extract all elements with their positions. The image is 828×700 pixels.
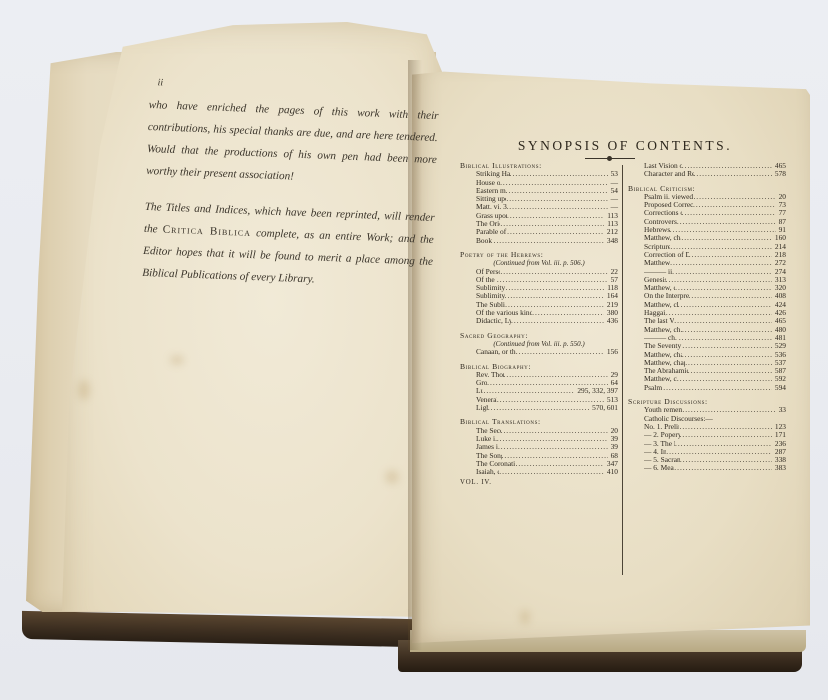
entry-page-number: 570, 601 [589, 404, 618, 412]
entry-title: Last Vision of Daniel, ch. x.—xii. [644, 162, 682, 170]
entry-title: The Abrahamic Covenant, Gal. iii. 15, 20… [644, 367, 688, 375]
contents-left-column: Biblical Illustrations:Striking Hands, P… [460, 162, 618, 488]
toc-entry: Book of Life348 [460, 237, 618, 245]
toc-entry: Parable of the Ten Virgins212 [460, 228, 618, 236]
entry-title: Sublimity of Sentiment [476, 292, 505, 300]
entry-title: Striking Hands, Prov. xi. 21 [476, 170, 510, 178]
dot-leader [488, 404, 589, 412]
dot-leader [677, 218, 776, 226]
toc-entry: No. 1. Preliminary Expositions123 [628, 423, 786, 431]
synopsis-title: SYNOPSIS OF CONTENTS. [510, 138, 740, 154]
entry-title: Luther [476, 387, 483, 395]
dot-leader [688, 367, 772, 375]
toc-entry: The Oriental Dress113 [460, 220, 618, 228]
work-title: Critica Biblica [162, 224, 251, 239]
dot-leader [497, 396, 604, 404]
entry-title: Matthew, chap. xix. 24. and xxi. 8, 14. [644, 359, 685, 367]
toc-entry: Matthew, ch. ix. 23, 30. and x. 23.480 [628, 326, 786, 334]
dot-leader [666, 309, 772, 317]
toc-entry: The Second Psalm20 [460, 427, 618, 435]
toc-entry: — 6. Means of Salvation383 [628, 464, 786, 472]
toc-entry: Matthew chap. iii. iv272 [628, 259, 786, 267]
entry-title: Rev. Thomas Harmer [476, 371, 504, 379]
entry-page-number: 410 [604, 468, 618, 476]
dot-leader [675, 268, 772, 276]
entry-title: Psalm cxxxiii. [644, 384, 663, 392]
toc-entry: Of Personification22 [460, 268, 618, 276]
toc-entry: Matthew, chap. xxvii. 5, 32.592 [628, 375, 786, 383]
entry-page-number [713, 415, 716, 423]
toc-entry: Lightfoot570, 601 [460, 404, 618, 412]
toc-entry: — 2. Popery and Protestantism171 [628, 431, 786, 439]
column-divider [622, 165, 623, 575]
toc-entry: Sublimity of Expression118 [460, 284, 618, 292]
toc-entry: Controversy on 1 John v. 787 [628, 218, 786, 226]
entry-page-number: 348 [604, 237, 618, 245]
toc-entry: On the Interpretation of Isaiah's Prophe… [628, 292, 786, 300]
left-page-text: ii who have enriched the pages of this w… [141, 72, 439, 309]
toc-entry: Striking Hands, Prov. xi. 2153 [460, 170, 618, 178]
dot-leader [499, 468, 604, 476]
entry-title: Grass upon the House top [476, 212, 507, 220]
entry-title: Matthew, chaps. vii. and viii. [644, 301, 678, 309]
entry-title: Scripture Parallelism [644, 243, 670, 251]
entry-title: Correction of Dr. Hawker, on Psalm cxix.… [644, 251, 689, 259]
toc-entry: Matthew, chaps. v. and vi.320 [628, 284, 786, 292]
section-heading: Biblical Criticism: [628, 185, 786, 193]
entry-title: The Song of Moses [476, 452, 502, 460]
preface-paragraph-1: who have enriched the pages of this work… [146, 94, 439, 193]
dot-leader [682, 342, 772, 350]
paper-stain [520, 610, 530, 624]
dot-leader [507, 228, 604, 236]
toc-entry: — 4. Infallibility287 [628, 448, 786, 456]
dot-leader [509, 203, 607, 211]
toc-entry: Matthew, chap. xii. 50. and xiv. 6.536 [628, 351, 786, 359]
entry-title: — 5. Sacraments of the Church [644, 456, 680, 464]
toc-entry: Youth remembering their Creator33 [628, 406, 786, 414]
entry-title: ——— ii. from Bengelius [644, 268, 675, 276]
dot-leader [670, 259, 772, 267]
entry-title: Character and Recompence of the Wicked, … [644, 170, 694, 178]
dot-leader [689, 292, 772, 300]
entry-title: Genesis, chap. i. [644, 276, 666, 284]
dot-leader [516, 348, 604, 356]
toc-entry: The Seventy Weeks of Daniel, &c.529 [628, 342, 786, 350]
entry-title: Matthew, chap. i. from Bengelius [644, 234, 681, 242]
entry-title: — 6. Means of Salvation [644, 464, 674, 472]
entry-title: Matthew chap. iii. iv [644, 259, 670, 267]
dot-leader [500, 220, 604, 228]
entry-title: — 4. Infallibility [644, 448, 666, 456]
entry-title: Book of Life [476, 237, 494, 245]
entry-title: Hebrews vii. 18, 19 [644, 226, 670, 234]
entry-title: Youth remembering their Creator [644, 406, 682, 414]
toc-entry: Matthew, chap. i. from Bengelius160 [628, 234, 786, 242]
section-heading: Biblical Illustrations: [460, 162, 618, 170]
entry-page-number: 578 [772, 170, 786, 178]
entry-title: On the Interpretation of Isaiah's Prophe… [644, 292, 689, 300]
dot-leader [670, 243, 772, 251]
entry-title: Matthew, chap. xxvii. 5, 32. [644, 375, 677, 383]
entry-title: Grotius [476, 379, 487, 387]
entry-title: Matthew, chaps. v. and vi. [644, 284, 675, 292]
dot-leader [693, 193, 775, 201]
dot-leader [680, 456, 772, 464]
toc-entry: Genesis, chap. i.313 [628, 276, 786, 284]
dot-leader [677, 375, 772, 383]
dot-leader [680, 431, 772, 439]
dot-leader [694, 170, 772, 178]
dot-leader [679, 334, 772, 342]
toc-entry: The Coronation Prayer for Solomon347 [460, 460, 618, 468]
dot-leader [663, 384, 772, 392]
dot-leader [682, 326, 772, 334]
toc-entry: The Sublime of Passion219 [460, 301, 618, 309]
toc-entry: Psalm ii. viewed in its Chronological co… [628, 193, 786, 201]
dot-leader [505, 292, 604, 300]
toc-entry: James i. 25—2739 [460, 443, 618, 451]
dot-leader [500, 268, 607, 276]
dot-leader [506, 187, 608, 195]
dot-leader [483, 387, 574, 395]
section-heading: Sacred Geography: [460, 332, 618, 340]
contents-right-column: Last Vision of Daniel, ch. x.—xii.465Cha… [628, 162, 786, 473]
entry-page-number: 383 [772, 464, 786, 472]
toc-entry: Matthew, chaps. vii. and viii.424 [628, 301, 786, 309]
entry-page-number: 156 [604, 348, 618, 356]
toc-entry: Luke i. 46—5539 [460, 435, 618, 443]
toc-entry: Last Vision of Daniel, ch. x.—xii.465 [628, 162, 786, 170]
section-heading: Biblical Translations: [460, 418, 618, 426]
dot-leader [494, 237, 604, 245]
toc-entry: Proposed Correction of Scripture Proper … [628, 201, 786, 209]
entry-title: Matthew, ch. ix. 23, 30. and x. 23. [644, 326, 682, 334]
toc-entry: Character and Recompence of the Wicked, … [628, 170, 786, 178]
entry-title: Corrections of the English Bible [644, 209, 682, 217]
dot-leader [674, 317, 772, 325]
entry-title: — 3. The Holy Scriptures [644, 440, 675, 448]
entry-title: Parable of the Ten Virgins [476, 228, 507, 236]
toc-entry: Hebrews vii. 18, 1991 [628, 226, 786, 234]
dot-leader [505, 301, 604, 309]
entry-title: No. 1. Preliminary Expositions [644, 423, 679, 431]
entry-title: The Seventy Weeks of Daniel, &c. [644, 342, 682, 350]
entry-page-number: 594 [772, 384, 786, 392]
dot-leader [507, 212, 604, 220]
entry-title: Haggai, ii. 7—9. [644, 309, 666, 317]
toc-entry: Grass upon the House top113 [460, 212, 618, 220]
dot-leader [506, 284, 605, 292]
dot-leader [498, 443, 608, 451]
dot-leader [504, 371, 608, 379]
toc-entry: ——— ii. from Bengelius274 [628, 268, 786, 276]
dot-leader [666, 276, 772, 284]
entry-title: Catholic Discourses:— [644, 415, 713, 423]
entry-title: Matthew, chap. xii. 50. and xiv. 6. [644, 351, 682, 359]
dot-leader [675, 284, 772, 292]
section-note: (Continued from Vol. iii. p. 506.) [460, 259, 618, 267]
toc-entry: — 5. Sacraments of the Church338 [628, 456, 786, 464]
toc-entry: House of the dead— [460, 179, 618, 187]
toc-entry: Matt. vi. 3. and Prov. vi. 13— [460, 203, 618, 211]
entry-title: The last Vision of Daniel [644, 317, 674, 325]
entry-title: The Sublime of Passion [476, 301, 505, 309]
entry-title: James i. 25—27 [476, 443, 498, 451]
toc-entry: Haggai, ii. 7—9.426 [628, 309, 786, 317]
dot-leader [682, 162, 772, 170]
book-photo: ii who have enriched the pages of this w… [0, 0, 828, 700]
preface-paragraph-2: The Titles and Indices, which have been … [142, 196, 435, 295]
entry-title: House of the dead [476, 179, 500, 187]
entry-title: Psalm ii. viewed in its Chronological co… [644, 193, 693, 201]
entry-title: Sublimity of Expression [476, 284, 506, 292]
toc-entry: Scripture Parallelism214 [628, 243, 786, 251]
section-heading: Scripture Discussions: [628, 398, 786, 406]
toc-entry: Sitting upon the Ground— [460, 195, 618, 203]
toc-entry: Rev. Thomas Harmer29 [460, 371, 618, 379]
entry-page-number: 436 [604, 317, 618, 325]
dot-leader [685, 359, 772, 367]
toc-entry: Canaan, or the Holy Land—Tiberias156 [460, 348, 618, 356]
dot-leader [670, 226, 776, 234]
dot-leader [681, 234, 772, 242]
toc-entry: Isaiah, ch. viii. ix.410 [460, 468, 618, 476]
entry-title: Isaiah, ch. viii. ix. [476, 468, 499, 476]
entry-title: Venerable Bede [476, 396, 497, 404]
toc-entry: Sublimity of Sentiment164 [460, 292, 618, 300]
dot-leader [693, 201, 776, 209]
toc-entry: Of the various kinds of Hebrew Poetry—Pr… [460, 309, 618, 317]
toc-entry: Luther295, 332, 397 [460, 387, 618, 395]
dot-leader [515, 460, 603, 468]
section-note: (Continued from Vol. iii. p. 550.) [460, 340, 618, 348]
toc-entry: ——— ch. iv. from Bengelius481 [628, 334, 786, 342]
toc-entry: The Abrahamic Covenant, Gal. iii. 15, 20… [628, 367, 786, 375]
paper-stain [385, 470, 399, 484]
toc-entry: — 3. The Holy Scriptures236 [628, 440, 786, 448]
volume-signature: VOL. IV. [460, 479, 618, 487]
entry-title: Of Personification [476, 268, 500, 276]
dot-leader [497, 435, 608, 443]
entry-title: Didactic, Lyric, Dramatic, &c. [476, 317, 511, 325]
dot-leader [501, 427, 608, 435]
entry-title: ——— ch. iv. from Bengelius [644, 334, 679, 342]
entry-title: Eastern mode of Eating [476, 187, 506, 195]
entry-title: Canaan, or the Holy Land—Tiberias [476, 348, 516, 356]
entry-title: Sitting upon the Ground [476, 195, 506, 203]
entry-title: Proposed Correction of Scripture Proper … [644, 201, 693, 209]
entry-title: The Coronation Prayer for Solomon [476, 460, 515, 468]
dot-leader [500, 179, 608, 187]
entry-title: Of the Sublime [476, 276, 497, 284]
dot-leader [497, 276, 608, 284]
dot-leader [689, 251, 772, 259]
entry-title: Of the various kinds of Hebrew Poetry—Pr… [476, 309, 532, 317]
dot-leader [532, 309, 604, 317]
entry-title: The Second Psalm [476, 427, 501, 435]
dot-leader [674, 464, 772, 472]
dot-leader [675, 440, 772, 448]
dot-leader [682, 351, 772, 359]
toc-entry: Eastern mode of Eating54 [460, 187, 618, 195]
entry-title: Lightfoot [476, 404, 488, 412]
toc-entry: Corrections of the English Bible77 [628, 209, 786, 217]
toc-entry: Correction of Dr. Hawker, on Psalm cxix.… [628, 251, 786, 259]
toc-entry: The Song of Moses68 [460, 452, 618, 460]
entry-title: Controversy on 1 John v. 7 [644, 218, 677, 226]
toc-entry: Psalm cxxxiii.594 [628, 384, 786, 392]
entry-title: The Oriental Dress [476, 220, 500, 228]
paper-stain [78, 380, 90, 400]
section-heading: Poetry of the Hebrews: [460, 251, 618, 259]
entry-title: Luke i. 46—55 [476, 435, 497, 443]
toc-entry: Of the Sublime57 [460, 276, 618, 284]
dot-leader [682, 406, 775, 414]
dot-leader [511, 317, 604, 325]
toc-entry: Didactic, Lyric, Dramatic, &c.436 [460, 317, 618, 325]
dot-leader [506, 195, 607, 203]
title-rule-ornament [585, 158, 635, 159]
entry-title: Matt. vi. 3. and Prov. vi. 13 [476, 203, 509, 211]
section-heading: Biblical Biography: [460, 363, 618, 371]
dot-leader [502, 452, 608, 460]
dot-leader [666, 448, 772, 456]
toc-entry: Catholic Discourses:— [628, 415, 786, 423]
dot-leader [678, 301, 772, 309]
toc-entry: Matthew, chap. xix. 24. and xxi. 8, 14.5… [628, 359, 786, 367]
entry-title: — 2. Popery and Protestantism [644, 431, 680, 439]
entry-page-number: 33 [776, 406, 786, 414]
toc-entry: The last Vision of Daniel465 [628, 317, 786, 325]
dot-leader [682, 209, 776, 217]
dot-leader [510, 170, 608, 178]
paper-stain [170, 355, 184, 365]
dot-leader [679, 423, 771, 431]
book-cover-left [22, 611, 412, 647]
